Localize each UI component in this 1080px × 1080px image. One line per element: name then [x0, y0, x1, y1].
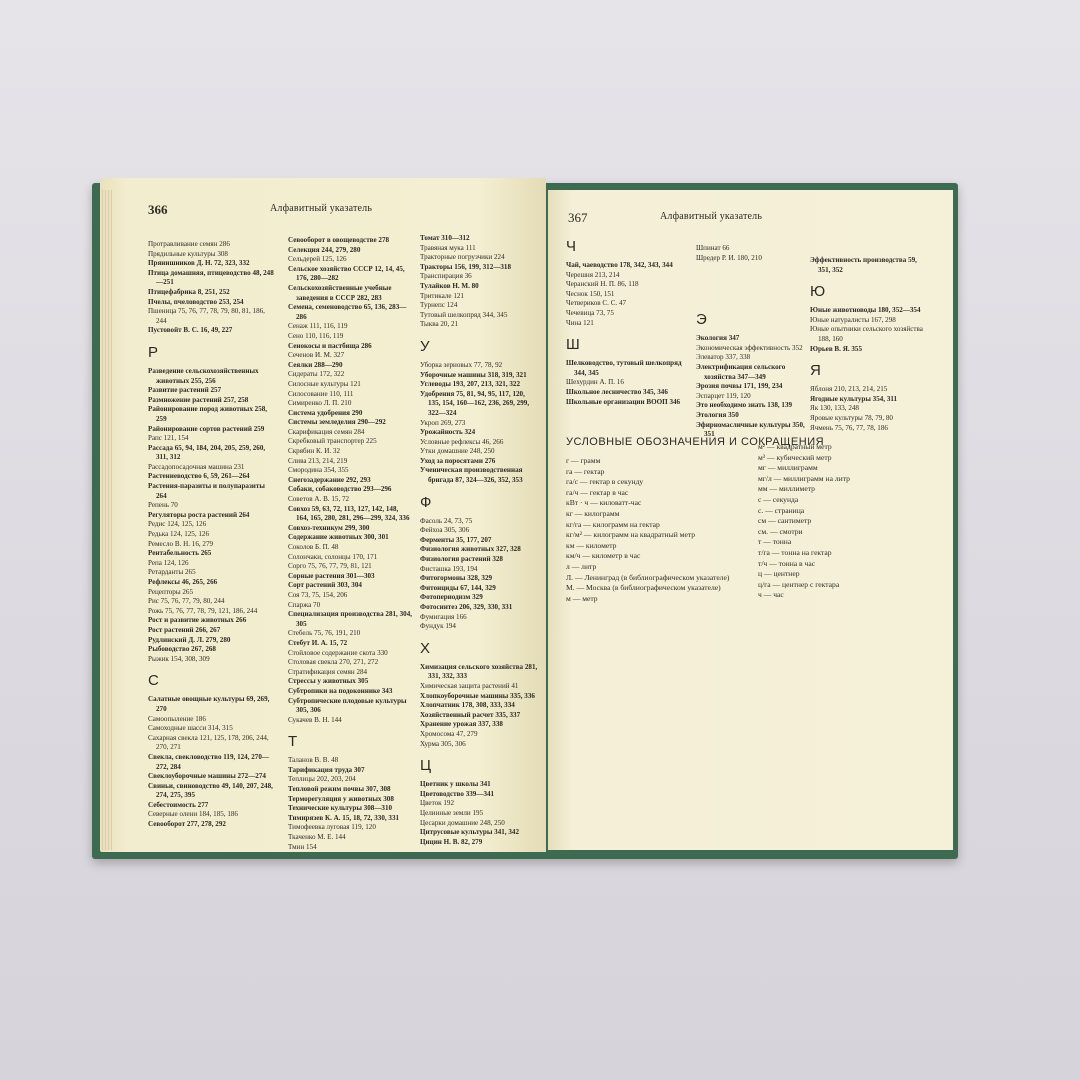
- index-entry: Юные натуралисты 167, 298: [810, 316, 930, 326]
- index-entry: Размножение растений 257, 258: [148, 396, 276, 406]
- index-entry: Ткаченко М. Е. 144: [288, 833, 412, 843]
- index-entry: Таланов В. В. 48: [288, 756, 412, 766]
- index-entry: Этология 350: [696, 411, 808, 421]
- index-column-3: Эффективность производства 59, 351, 352Ю…: [810, 256, 930, 433]
- index-entry: Ячмень 75, 76, 77, 78, 186: [810, 424, 930, 434]
- index-entry: Целинные земли 195: [420, 809, 538, 819]
- index-entry: Ученическая производственная бригада 87,…: [420, 466, 538, 485]
- index-entry: Спаржа 70: [288, 601, 412, 611]
- abbreviation-item: кг/га — килограмм на гектар: [566, 520, 756, 531]
- index-entry: Уборка зерновых 77, 78, 92: [420, 361, 538, 371]
- page-number: 367: [568, 210, 588, 226]
- index-letter-heading: Ц: [420, 757, 538, 775]
- index-entry: Экология 347: [696, 334, 808, 344]
- index-entry: Хромосома 47, 279: [420, 730, 538, 740]
- index-entry: Семена, семеноводство 65, 136, 283—286: [288, 303, 412, 322]
- index-entry: Собаки, собаководство 293—296: [288, 485, 412, 495]
- index-entry: Технические культуры 308—310: [288, 804, 412, 814]
- index-entry: Селекция 244, 279, 280: [288, 246, 412, 256]
- index-entry: Фотопериодизм 329: [420, 593, 538, 603]
- abbreviation-item: т/ч — тонна в час: [758, 559, 898, 570]
- index-entry: Фасоль 24, 73, 75: [420, 517, 538, 527]
- index-entry: Яровые культуры 78, 79, 80: [810, 414, 930, 424]
- abbreviation-item: га — гектар: [566, 467, 756, 478]
- abbreviation-item: ч — час: [758, 590, 898, 601]
- right-page: 367 Алфавитный указатель ЧЧай, чаеводств…: [548, 190, 953, 850]
- index-entry: Репень 70: [148, 501, 276, 511]
- index-entry: Редька 124, 125, 126: [148, 530, 276, 540]
- index-entry: Рассада 65, 94, 184, 204, 205, 259, 260,…: [148, 444, 276, 463]
- index-entry: Сахарная свекла 121, 125, 178, 206, 244,…: [148, 734, 276, 753]
- abbreviation-item: кг/м² — килограмм на квадратный метр: [566, 530, 756, 541]
- page-edges: [100, 190, 112, 850]
- index-entry: Скребковый транспортер 225: [288, 437, 412, 447]
- page-number: 366: [148, 202, 168, 218]
- index-entry: Терморегуляция у животных 308: [288, 795, 412, 805]
- index-entry: Тмин 154: [288, 843, 412, 852]
- index-entry: Районирование пород животных 258, 259: [148, 405, 276, 424]
- index-entry: Травяная мука 111: [420, 244, 538, 254]
- index-entry: Развитие растений 257: [148, 386, 276, 396]
- index-entry: Физиология растений 328: [420, 555, 538, 565]
- index-entry: Свекла, свекловодство 119, 124, 270—272,…: [148, 753, 276, 772]
- index-letter-heading: Э: [696, 311, 808, 329]
- index-entry: Цитрусовые культуры 341, 342: [420, 828, 538, 838]
- index-entry: Сельское хозяйство СССР 12, 14, 45, 176,…: [288, 265, 412, 284]
- index-entry: Фитогормоны 328, 329: [420, 574, 538, 584]
- index-entry: Тракторные погрузчики 224: [420, 253, 538, 263]
- index-entry: Шехурдин А. П. 16: [566, 378, 686, 388]
- index-entry: Стратификация семян 284: [288, 668, 412, 678]
- index-entry: Сено 110, 116, 119: [288, 332, 412, 342]
- index-letter-heading: Ч: [566, 238, 686, 256]
- index-entry: Северные олени 184, 185, 186: [148, 810, 276, 820]
- index-entry: Юрьев В. Я. 355: [810, 345, 930, 355]
- abbreviation-item: г — грамм: [566, 456, 756, 467]
- index-entry: Юные опытники сельского хозяйства 188, 1…: [810, 325, 930, 344]
- index-entry: Свиньи, свиноводство 49, 140, 207, 248, …: [148, 782, 276, 801]
- index-entry: Сорт растений 303, 304: [288, 581, 412, 591]
- index-entry: Стойловое содержание скота 330: [288, 649, 412, 659]
- index-entry: Сорго 75, 76, 77, 79, 81, 121: [288, 562, 412, 572]
- abbreviation-item: Л. — Ленинград (в библиографическом указ…: [566, 573, 756, 584]
- index-letter-heading: Х: [420, 640, 538, 658]
- index-entry: Рассадопосадочная машина 231: [148, 463, 276, 473]
- left-page: 366 Алфавитный указатель Протравливание …: [100, 178, 546, 852]
- index-entry: Эффективность производства 59, 351, 352: [810, 256, 930, 275]
- abbreviation-item: м — метр: [566, 594, 756, 605]
- running-head: Алфавитный указатель: [270, 203, 372, 214]
- index-entry: Элеватор 337, 338: [696, 353, 808, 363]
- index-entry: Репа 124, 126: [148, 559, 276, 569]
- index-entry: Укроп 269, 273: [420, 419, 538, 429]
- index-entry: Сидераты 172, 322: [288, 370, 412, 380]
- index-entry: Самоопыление 186: [148, 715, 276, 725]
- abbreviation-item: с. — страница: [758, 506, 898, 517]
- abbreviation-item: ц — центнер: [758, 569, 898, 580]
- index-entry: Яблоня 210, 213, 214, 215: [810, 385, 930, 395]
- index-column-1: ЧЧай, чаеводство 178, 342, 343, 344Череш…: [566, 230, 686, 407]
- index-letter-heading: Р: [148, 344, 276, 362]
- index-entry: Черанский Н. П. 86, 118: [566, 280, 686, 290]
- abbreviation-item: км — километр: [566, 541, 756, 552]
- abbreviation-item: см. — смотри: [758, 527, 898, 538]
- index-entry: Рожь 75, 76, 77, 78, 79, 121, 186, 244: [148, 607, 276, 617]
- index-entry: Столовая свекла 270, 271, 272: [288, 658, 412, 668]
- abbreviation-item: км/ч — километр в час: [566, 551, 756, 562]
- index-entry: Сельскохозяйственные учебные заведения в…: [288, 284, 412, 303]
- index-entry: Рост растений 266, 267: [148, 626, 276, 636]
- index-entry: Уход за поросятами 276: [420, 457, 538, 467]
- index-entry: Сукачев В. Н. 144: [288, 716, 412, 726]
- index-entry: Рудлинский Д. Л. 279, 280: [148, 636, 276, 646]
- index-letter-heading: С: [148, 672, 276, 690]
- index-entry: Регуляторы роста растений 264: [148, 511, 276, 521]
- index-column-3: Томат 310—312Травяная мука 111Тракторные…: [420, 234, 538, 847]
- abbreviation-item: т — тонна: [758, 537, 898, 548]
- index-entry: Хлопчатник 178, 308, 333, 334: [420, 701, 538, 711]
- index-entry: Рентабельность 265: [148, 549, 276, 559]
- index-entry: Томат 310—312: [420, 234, 538, 244]
- index-entry: Смородина 354, 355: [288, 466, 412, 476]
- index-entry: Содержание животных 300, 301: [288, 533, 412, 543]
- index-entry: Скарификация семян 284: [288, 428, 412, 438]
- index-entry: Себестоимость 277: [148, 801, 276, 811]
- index-entry: Углеводы 193, 207, 213, 321, 322: [420, 380, 538, 390]
- index-entry: Цицин Н. В. 82, 279: [420, 838, 538, 848]
- abbreviation-item: т/га — тонна на гектар: [758, 548, 898, 559]
- index-entry: Районирование сортов растений 259: [148, 425, 276, 435]
- running-head: Алфавитный указатель: [660, 211, 762, 222]
- index-entry: Шелководство, тутовый шелкопряд 344, 345: [566, 359, 686, 378]
- index-entry: Специализация производства 281, 304, 305: [288, 610, 412, 629]
- index-column-2: Шпинат 66Шредер Р. И. 180, 210ЭЭкология …: [696, 244, 808, 440]
- index-entry: Тыква 20, 21: [420, 320, 538, 330]
- index-entry: Снегозадержание 292, 293: [288, 476, 412, 486]
- abbreviation-item: га/с — гектар в секунду: [566, 477, 756, 488]
- index-letter-heading: У: [420, 338, 538, 356]
- index-entry: Тимофеевка луговая 119, 120: [288, 823, 412, 833]
- index-entry: Фейхоа 305, 306: [420, 526, 538, 536]
- index-entry: Рыжик 154, 308, 309: [148, 655, 276, 665]
- index-entry: Цветник у школы 341: [420, 780, 538, 790]
- index-entry: Фисташка 193, 194: [420, 565, 538, 575]
- index-entry: Слива 213, 214, 219: [288, 457, 412, 467]
- index-entry: Тулайков Н. М. 80: [420, 282, 538, 292]
- index-entry: Хранение урожая 337, 338: [420, 720, 538, 730]
- index-entry: Рефлексы 46, 265, 266: [148, 578, 276, 588]
- index-entry: Сенаж 111, 116, 119: [288, 322, 412, 332]
- index-entry: Ретарданты 265: [148, 568, 276, 578]
- index-entry: Эрозия почвы 171, 199, 234: [696, 382, 808, 392]
- index-entry: Сенокосы и пастбища 286: [288, 342, 412, 352]
- index-entry: Условные рефлексы 46, 266: [420, 438, 538, 448]
- index-entry: Урожайность 324: [420, 428, 538, 438]
- abbreviation-item: с — секунда: [758, 495, 898, 506]
- index-entry: Фотосинтез 206, 329, 330, 331: [420, 603, 538, 613]
- index-letter-heading: Ш: [566, 336, 686, 354]
- index-entry: Соя 73, 75, 154, 206: [288, 591, 412, 601]
- index-entry: Сорные растения 301—303: [288, 572, 412, 582]
- index-entry: Шредер Р. И. 180, 210: [696, 254, 808, 264]
- index-entry: Шпинат 66: [696, 244, 808, 254]
- index-entry: Прянишников Д. Н. 72, 323, 332: [148, 259, 276, 269]
- index-entry: Это необходимо знать 138, 139: [696, 401, 808, 411]
- index-entry: Ферменты 35, 177, 207: [420, 536, 538, 546]
- index-letter-heading: Ф: [420, 494, 538, 512]
- index-entry: Хлопкоуборочные машины 335, 336: [420, 692, 538, 702]
- abbreviation-item: мг/л — миллиграмм на литр: [758, 474, 898, 485]
- abbreviation-item: мг — миллиграмм: [758, 463, 898, 474]
- abbreviations-list-right: м² — квадратный метрм³ — кубический метр…: [758, 442, 898, 601]
- index-entry: Четвериков С. С. 47: [566, 299, 686, 309]
- index-entry: Стебут И. А. 15, 72: [288, 639, 412, 649]
- index-entry: Рапс 121, 154: [148, 434, 276, 444]
- index-entry: Пшеница 75, 76, 77, 78, 79, 80, 81, 186,…: [148, 307, 276, 326]
- index-entry: Севооборот 277, 278, 292: [148, 820, 276, 830]
- index-entry: Растениеводство 6, 59, 261—264: [148, 472, 276, 482]
- index-entry: Электрификация сельского хозяйства 347—3…: [696, 363, 808, 382]
- index-entry: Цветок 192: [420, 799, 538, 809]
- index-entry: Юные животноводы 180, 352—354: [810, 306, 930, 316]
- index-entry: Редис 124, 125, 126: [148, 520, 276, 530]
- index-column-1: Протравливание семян 286Прядильные культ…: [148, 240, 276, 830]
- index-entry: Симиренко Л. П. 210: [288, 399, 412, 409]
- index-entry: Рыбоводство 267, 268: [148, 645, 276, 655]
- index-column-2: Севооборот в овощеводстве 278Селекция 24…: [288, 236, 412, 852]
- index-entry: Чай, чаеводство 178, 342, 343, 344: [566, 261, 686, 271]
- index-entry: Тарификация труда 307: [288, 766, 412, 776]
- index-entry: Уборочные машины 318, 319, 321: [420, 371, 538, 381]
- index-entry: Тимирязев К. А. 15, 18, 72, 330, 331: [288, 814, 412, 824]
- index-entry: Субтропические плодовые культуры 305, 30…: [288, 697, 412, 716]
- abbreviation-item: м³ — кубический метр: [758, 453, 898, 464]
- index-entry: Силосование 110, 111: [288, 390, 412, 400]
- index-entry: Советов А. В. 15, 72: [288, 495, 412, 505]
- index-entry: Салатные овощные культуры 69, 269, 270: [148, 695, 276, 714]
- index-entry: Химизация сельского хозяйства 281, 331, …: [420, 663, 538, 682]
- index-entry: Протравливание семян 286: [148, 240, 276, 250]
- abbreviation-item: кг — килограмм: [566, 509, 756, 520]
- index-entry: Пчелы, пчеловодство 253, 254: [148, 298, 276, 308]
- index-entry: Теплицы 202, 203, 204: [288, 775, 412, 785]
- index-entry: Экономическая эффективность 352: [696, 344, 808, 354]
- index-entry: Транспирация 36: [420, 272, 538, 282]
- index-entry: Птицефабрика 8, 251, 252: [148, 288, 276, 298]
- index-entry: Фундук 194: [420, 622, 538, 632]
- abbreviation-item: л — литр: [566, 562, 756, 573]
- index-entry: Субтропики на подоконнике 343: [288, 687, 412, 697]
- index-entry: Школьные организации ВООП 346: [566, 398, 686, 408]
- abbreviation-item: мм — миллиметр: [758, 484, 898, 495]
- index-entry: Як 130, 133, 248: [810, 404, 930, 414]
- index-entry: Разведение сельскохозяйственных животных…: [148, 367, 276, 386]
- abbreviation-item: кВт · ч — киловатт-час: [566, 498, 756, 509]
- index-entry: Севооборот в овощеводстве 278: [288, 236, 412, 246]
- index-entry: Цветоводство 339—341: [420, 790, 538, 800]
- index-entry: Черешня 213, 214: [566, 271, 686, 281]
- index-entry: Тритикале 121: [420, 292, 538, 302]
- index-entry: Сельдерей 125, 126: [288, 255, 412, 265]
- index-entry: Хозяйственный расчет 335, 337: [420, 711, 538, 721]
- index-entry: Сеченов И. М. 327: [288, 351, 412, 361]
- index-entry: Самоходные шасси 314, 315: [148, 724, 276, 734]
- spacer: [696, 263, 808, 303]
- index-entry: Физиология животных 327, 328: [420, 545, 538, 555]
- abbreviation-item: см — сантиметр: [758, 516, 898, 527]
- index-entry: Чеснок 150, 151: [566, 290, 686, 300]
- index-entry: Система удобрения 290: [288, 409, 412, 419]
- index-entry: Птица домашняя, птицеводство 48, 248—251: [148, 269, 276, 288]
- index-entry: Стрессы у животных 305: [288, 677, 412, 687]
- index-entry: Соколов Б. П. 48: [288, 543, 412, 553]
- index-entry: Химическая защита растений 41: [420, 682, 538, 692]
- index-entry: Рост и развитие животных 266: [148, 616, 276, 626]
- index-entry: Рецепторы 265: [148, 588, 276, 598]
- index-entry: Турнепс 124: [420, 301, 538, 311]
- index-entry: Чечевица 73, 75: [566, 309, 686, 319]
- index-entry: Совхоз-техникум 299, 300: [288, 524, 412, 534]
- index-entry: Прядильные культуры 308: [148, 250, 276, 260]
- index-entry: Пустовойт В. С. 16, 49, 227: [148, 326, 276, 336]
- index-letter-heading: Ю: [810, 283, 930, 301]
- index-entry: Силосные культуры 121: [288, 380, 412, 390]
- index-entry: Ремесло В. Н. 16, 279: [148, 540, 276, 550]
- index-entry: Растения-паразиты и полупаразиты 264: [148, 482, 276, 501]
- index-entry: Сеялки 288—290: [288, 361, 412, 371]
- abbreviation-item: ц/га — центнер с гектара: [758, 580, 898, 591]
- index-entry: Системы земледелия 290—292: [288, 418, 412, 428]
- index-entry: Тракторы 156, 199, 312—318: [420, 263, 538, 273]
- index-entry: Рис 75, 76, 77, 79, 80, 244: [148, 597, 276, 607]
- index-entry: Свеклоуборочные машины 272—274: [148, 772, 276, 782]
- index-entry: Эспарцет 119, 120: [696, 392, 808, 402]
- index-entry: Хурма 305, 306: [420, 740, 538, 750]
- index-entry: Солончаки, солонцы 170, 171: [288, 553, 412, 563]
- index-entry: Скрябин К. И. 32: [288, 447, 412, 457]
- index-letter-heading: Т: [288, 733, 412, 751]
- abbreviation-item: га/ч — гектар в час: [566, 488, 756, 499]
- index-entry: Совхоз 59, 63, 72, 113, 127, 142, 148, 1…: [288, 505, 412, 524]
- abbreviation-item: м² — квадратный метр: [758, 442, 898, 453]
- index-entry: Тутовый шелкопряд 344, 345: [420, 311, 538, 321]
- abbreviation-item: М. — Москва (в библиографическом указате…: [566, 583, 756, 594]
- index-entry: Ягодные культуры 354, 311: [810, 395, 930, 405]
- index-letter-heading: Я: [810, 362, 930, 380]
- index-entry: Чина 121: [566, 319, 686, 329]
- index-entry: Утки домашние 248, 250: [420, 447, 538, 457]
- index-entry: Удобрения 75, 81, 94, 95, 117, 120, 135,…: [420, 390, 538, 419]
- index-entry: Фитонциды 67, 144, 329: [420, 584, 538, 594]
- index-entry: Цесарки домашние 248, 250: [420, 819, 538, 829]
- abbreviations-list-left: г — граммга — гектарга/с — гектар в секу…: [566, 456, 756, 604]
- index-entry: Тепловой режим почвы 307, 308: [288, 785, 412, 795]
- index-entry: Фумигация 166: [420, 613, 538, 623]
- index-entry: Школьное лесничество 345, 346: [566, 388, 686, 398]
- index-entry: Стебель 75, 76, 191, 210: [288, 629, 412, 639]
